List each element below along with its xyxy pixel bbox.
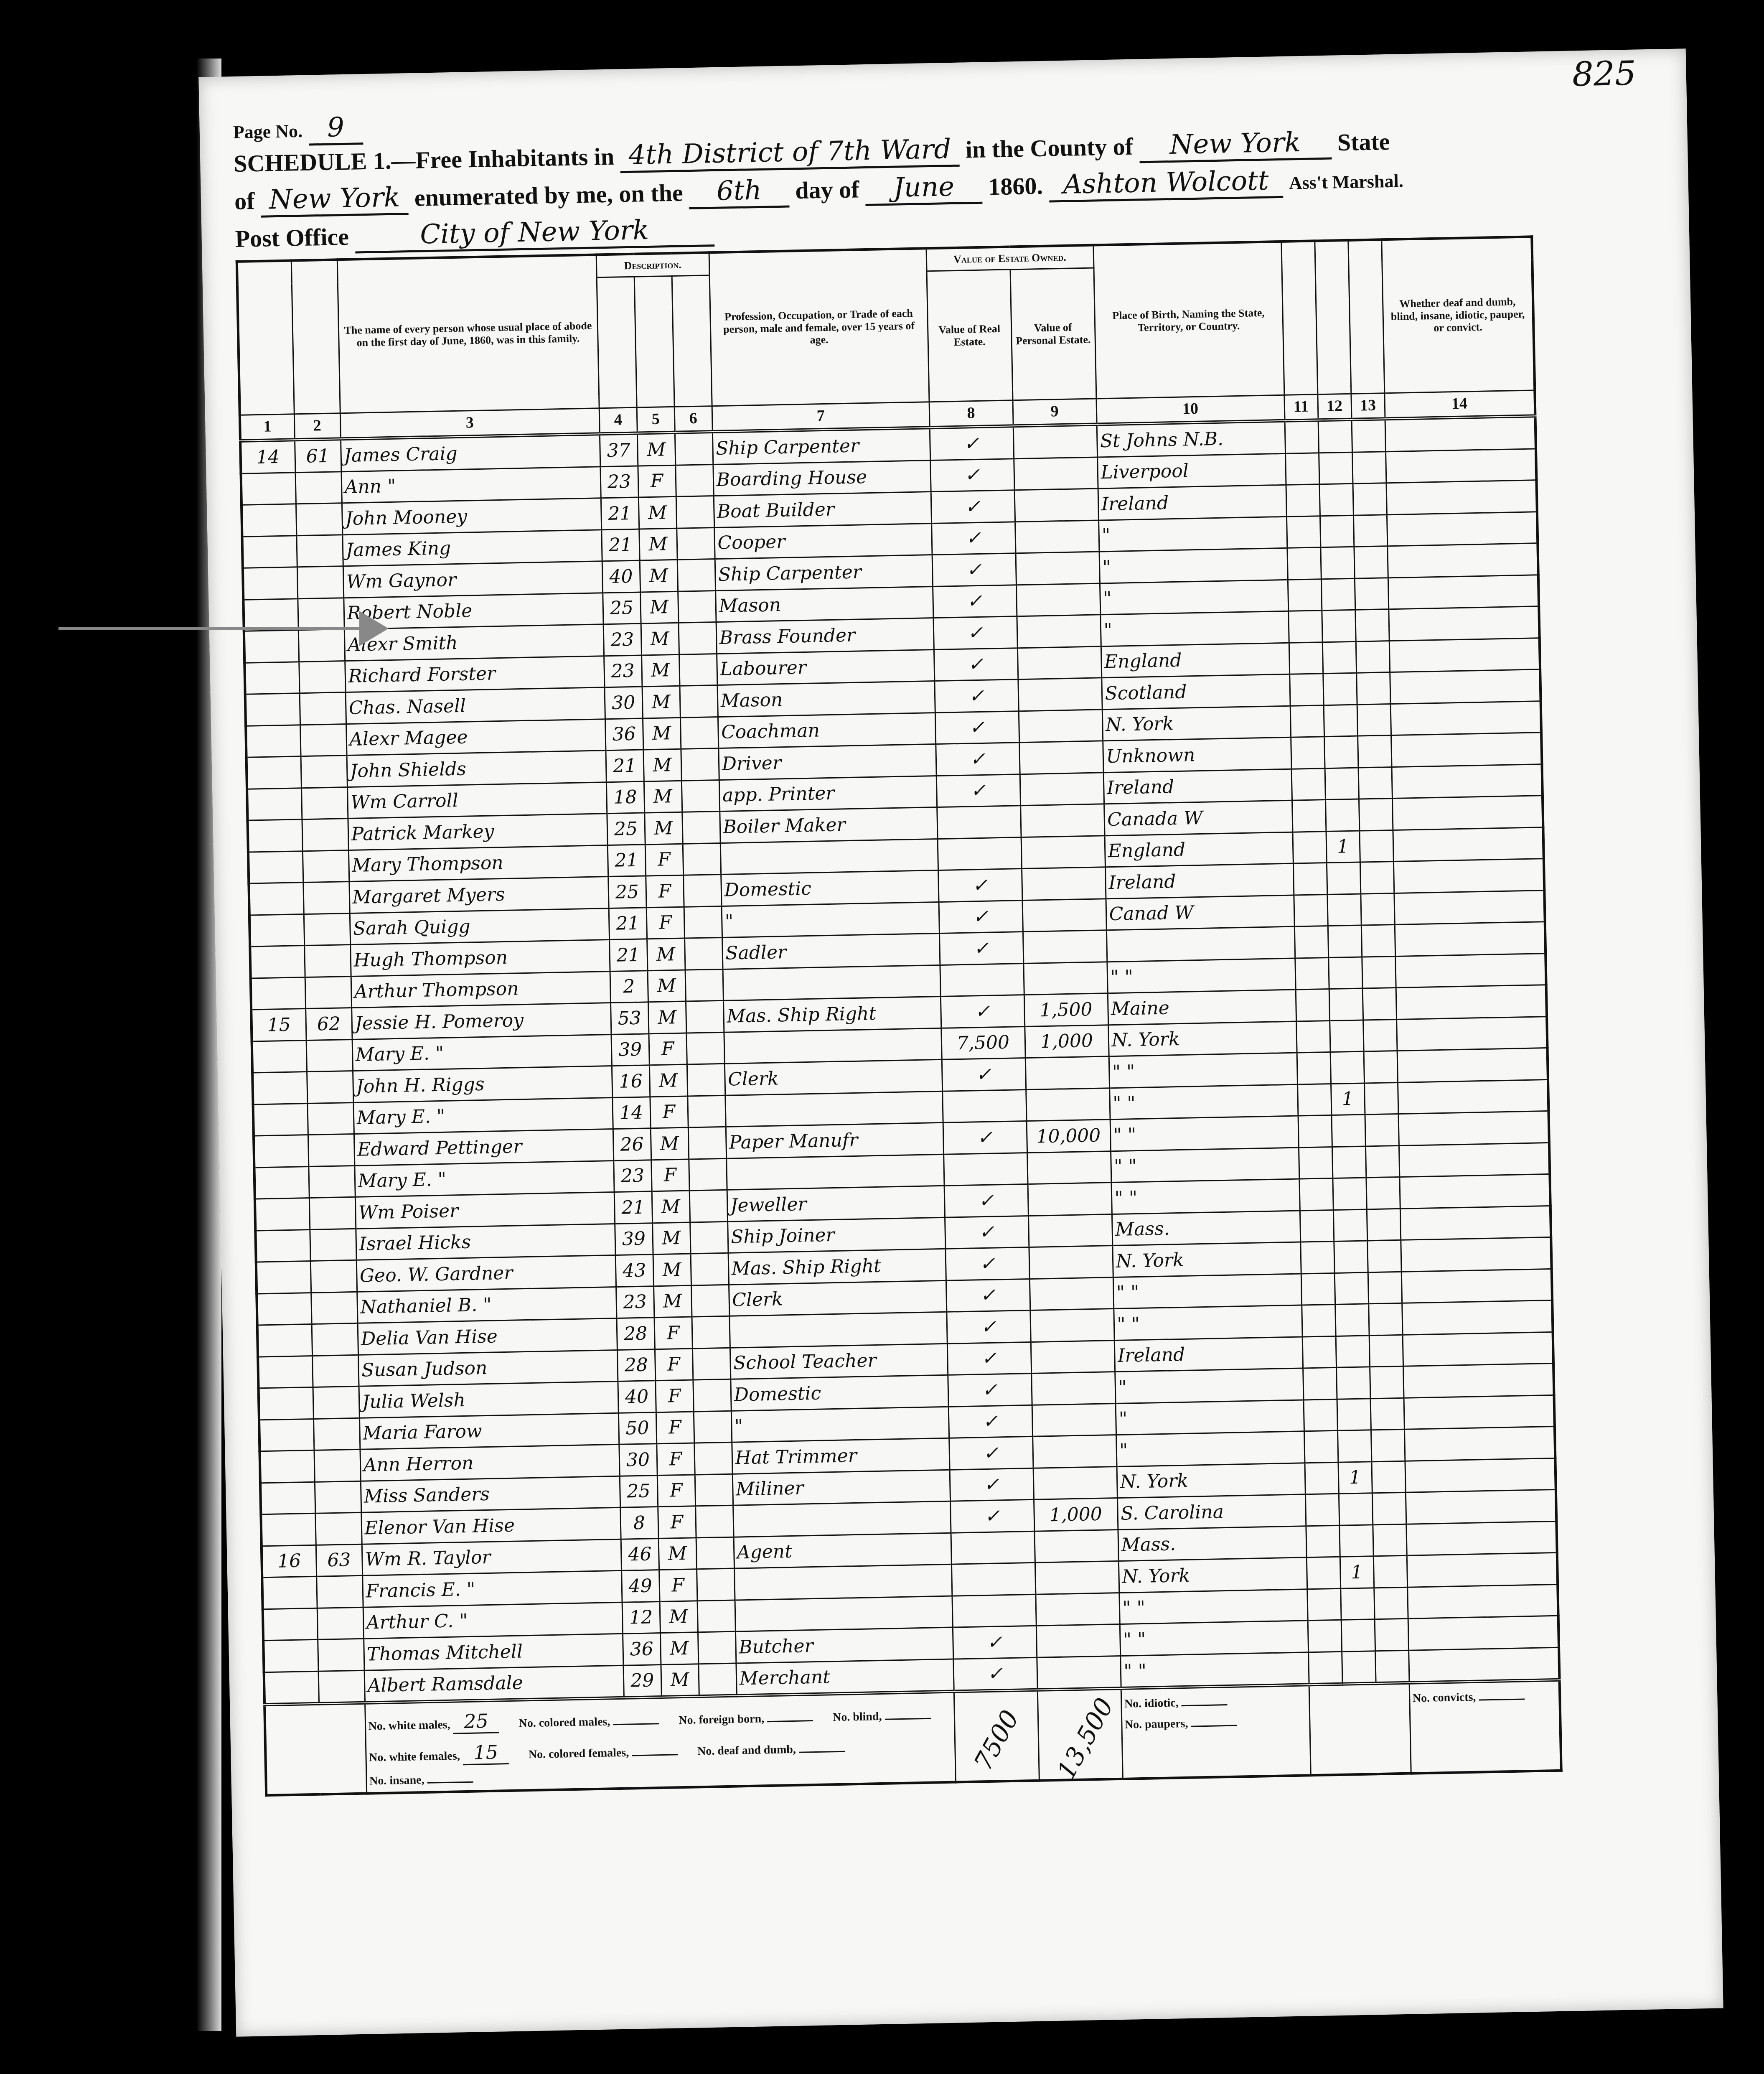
occupation: Boat Builder xyxy=(714,492,931,527)
county-field: New York xyxy=(1139,127,1332,163)
family-number: 63 xyxy=(316,1544,362,1577)
sex: M xyxy=(652,1191,690,1223)
convicts-label: No. convicts, xyxy=(1413,1691,1476,1705)
attended-school xyxy=(1320,515,1354,547)
personal-estate-value xyxy=(1031,1340,1115,1373)
age: 21 xyxy=(614,1191,652,1224)
col-sex-header: Sex. xyxy=(634,276,674,407)
personal-estate-value xyxy=(1022,898,1106,931)
person-name: Elenor Van Hise xyxy=(361,1507,620,1544)
personal-estate-value xyxy=(1023,930,1107,963)
occupation xyxy=(733,1501,951,1537)
age: 40 xyxy=(618,1381,656,1413)
person-name: Margaret Myers xyxy=(349,877,608,913)
real-estate-value: ✓ xyxy=(936,774,1020,807)
color xyxy=(679,654,717,686)
real-estate-value xyxy=(942,1089,1026,1122)
attended-school xyxy=(1328,925,1362,957)
married-within-year xyxy=(1297,1084,1331,1116)
real-estate-value: 7,500 xyxy=(941,1026,1025,1059)
age: 21 xyxy=(609,939,647,971)
disability xyxy=(1401,1269,1552,1303)
real-estate-value: ✓ xyxy=(931,522,1015,555)
person-name: James Craig xyxy=(341,434,600,471)
dwelling-number xyxy=(247,756,301,789)
married-within-year xyxy=(1294,894,1327,926)
attended-school xyxy=(1325,768,1359,800)
sex: F xyxy=(650,1096,688,1128)
real-estate-value: ✓ xyxy=(953,1657,1037,1692)
family-number xyxy=(309,1197,356,1229)
family-number xyxy=(298,629,345,662)
real-estate-value: ✓ xyxy=(940,995,1024,1028)
family-number xyxy=(317,1607,363,1640)
married-within-year xyxy=(1298,1115,1332,1148)
married-within-year xyxy=(1300,1210,1334,1242)
place-of-birth: Mass. xyxy=(1118,1526,1306,1561)
dwelling-number xyxy=(257,1293,311,1325)
occupation: Hat Trimmer xyxy=(732,1438,949,1473)
age: 26 xyxy=(613,1128,651,1160)
color xyxy=(678,590,716,623)
sex: M xyxy=(640,560,678,592)
sex: M xyxy=(660,1632,698,1664)
person-name: Sarah Quigg xyxy=(350,908,609,944)
family-number xyxy=(301,787,348,819)
sex: F xyxy=(656,1443,694,1475)
personal-estate-value xyxy=(1019,709,1103,742)
color xyxy=(679,622,717,654)
real-estate-value: ✓ xyxy=(933,585,1017,618)
dwelling-number xyxy=(262,1576,317,1609)
dwelling-number xyxy=(249,914,304,947)
place-of-birth: " xyxy=(1116,1431,1304,1466)
place-of-birth: " " xyxy=(1111,1148,1299,1183)
col-number: 7 xyxy=(712,402,930,432)
person-name: Wm Poiser xyxy=(355,1192,615,1229)
cannot-read-write xyxy=(1357,704,1391,736)
age: 40 xyxy=(602,560,640,593)
color xyxy=(698,1631,736,1664)
disability xyxy=(1388,575,1539,609)
dwelling-number xyxy=(259,1419,314,1451)
married-within-year xyxy=(1302,1336,1336,1368)
married-within-year xyxy=(1288,611,1322,643)
color xyxy=(677,559,715,591)
occupation xyxy=(723,965,940,1000)
cannot-read-write xyxy=(1365,1145,1399,1178)
color xyxy=(698,1663,736,1697)
white-females-label: No. white females, xyxy=(369,1749,460,1764)
dwelling-number xyxy=(263,1608,318,1641)
color xyxy=(691,1316,729,1348)
family-number xyxy=(297,598,344,630)
disability xyxy=(1400,1206,1551,1240)
of-label: of xyxy=(234,187,255,215)
family-number xyxy=(315,1481,361,1514)
place-of-birth: Ireland xyxy=(1114,1336,1303,1372)
age: 23 xyxy=(600,466,638,498)
place-of-birth: N. York xyxy=(1117,1463,1305,1498)
personal-estate-value: 1,000 xyxy=(1034,1498,1118,1531)
sex: M xyxy=(660,1601,698,1633)
color xyxy=(696,1537,734,1569)
dwelling-number xyxy=(259,1387,313,1420)
sex: M xyxy=(649,1064,687,1097)
disability xyxy=(1393,827,1543,861)
col-number: 12 xyxy=(1317,394,1351,420)
place-of-birth: " " xyxy=(1110,1116,1299,1151)
district-field: 4th District of 7th Ward xyxy=(620,134,960,173)
occupation xyxy=(726,1154,944,1190)
sex: M xyxy=(658,1537,696,1570)
person-name: Mary E. " xyxy=(353,1097,613,1134)
dwelling-number xyxy=(241,472,296,505)
occupation: Clerk xyxy=(729,1280,946,1316)
color xyxy=(675,464,713,496)
summary-blank xyxy=(264,1703,366,1796)
person-name: John Shields xyxy=(347,751,606,787)
summary-blank-right xyxy=(1309,1683,1411,1776)
dwelling-number xyxy=(247,788,302,820)
occupation xyxy=(735,1596,953,1631)
real-estate-value: ✓ xyxy=(935,743,1019,776)
disability xyxy=(1404,1395,1555,1429)
married-within-year xyxy=(1299,1147,1332,1179)
color xyxy=(688,1127,726,1159)
color xyxy=(691,1253,729,1285)
person-name: Alexr Magee xyxy=(346,719,605,755)
place-of-birth: England xyxy=(1105,832,1293,867)
convicts-value xyxy=(1479,1698,1525,1700)
disability xyxy=(1404,1426,1555,1461)
attended-school xyxy=(1321,578,1355,611)
age: 2 xyxy=(610,970,648,1003)
cannot-read-write xyxy=(1368,1303,1402,1335)
place-of-birth: " " xyxy=(1111,1179,1300,1214)
family-number xyxy=(300,692,346,725)
disability xyxy=(1395,922,1545,956)
disability xyxy=(1399,1174,1550,1209)
sex: F xyxy=(645,844,683,876)
color xyxy=(686,1032,724,1064)
attended-school xyxy=(1327,894,1361,926)
family-number xyxy=(295,471,342,504)
person-name: Mary Thompson xyxy=(348,845,608,881)
married-within-year xyxy=(1299,1178,1333,1210)
age: 21 xyxy=(609,907,647,939)
sex: F xyxy=(655,1380,693,1412)
family-number xyxy=(296,503,342,536)
personal-estate-value xyxy=(1013,424,1097,458)
attended-school xyxy=(1324,736,1358,768)
place-of-birth xyxy=(1106,926,1295,962)
real-estate-value: ✓ xyxy=(935,711,1019,744)
disability xyxy=(1408,1647,1559,1683)
attended-school xyxy=(1329,1020,1363,1052)
family-number xyxy=(304,913,350,946)
col-number: 4 xyxy=(599,407,637,434)
occupation xyxy=(724,1028,941,1064)
married-within-year xyxy=(1296,989,1329,1021)
place-of-birth: Maine xyxy=(1108,990,1296,1025)
idiotic-label: No. idiotic, xyxy=(1124,1696,1179,1710)
family-number xyxy=(307,1071,353,1103)
sex: M xyxy=(640,591,678,623)
blind-label: No. blind, xyxy=(833,1710,882,1724)
disability xyxy=(1386,480,1537,514)
occupation: Jeweller xyxy=(727,1186,945,1221)
color xyxy=(694,1411,732,1443)
cannot-read-write xyxy=(1362,987,1396,1020)
cannot-read-write xyxy=(1355,609,1389,641)
family-number xyxy=(306,1039,353,1072)
dwelling-number xyxy=(254,1135,308,1168)
occupation: Cooper xyxy=(714,523,932,559)
color xyxy=(687,1064,725,1096)
personal-estate-value xyxy=(1032,1435,1116,1468)
disability xyxy=(1390,669,1540,704)
married-within-year xyxy=(1304,1462,1338,1494)
col-number: 8 xyxy=(929,400,1013,428)
family-number xyxy=(296,534,343,567)
sex: M xyxy=(653,1254,691,1286)
post-office-label: Post Office xyxy=(235,223,349,252)
occupation: Boiler Maker xyxy=(719,807,937,843)
age: 21 xyxy=(601,497,639,529)
family-number xyxy=(303,882,349,914)
attended-school: 1 xyxy=(1331,1083,1365,1115)
personal-estate-value xyxy=(1031,1372,1115,1405)
personal-estate-value xyxy=(1033,1466,1117,1499)
real-estate-value: ✓ xyxy=(950,1499,1034,1532)
cannot-read-write xyxy=(1363,1019,1397,1051)
color xyxy=(690,1221,728,1254)
personal-estate-value xyxy=(1020,772,1104,805)
cannot-read-write xyxy=(1359,799,1393,831)
place-of-birth: S. Carolina xyxy=(1117,1494,1306,1529)
person-name: Maria Farow xyxy=(359,1413,619,1449)
married-within-year xyxy=(1293,863,1327,895)
sex: M xyxy=(643,749,681,781)
person-name: Edward Pettinger xyxy=(354,1129,613,1166)
married-within-year xyxy=(1286,516,1320,548)
place-of-birth: Mass. xyxy=(1112,1211,1300,1246)
dwelling-number xyxy=(263,1639,318,1672)
place-of-birth: " xyxy=(1099,548,1288,583)
dwelling-number xyxy=(249,883,303,915)
sex: M xyxy=(644,812,682,844)
person-name: Patrick Markey xyxy=(348,814,607,850)
personal-estate-value xyxy=(1014,457,1098,490)
cannot-read-write xyxy=(1374,1587,1408,1619)
married-within-year xyxy=(1301,1273,1335,1305)
marshal-label: Ass't Marshal. xyxy=(1289,171,1403,193)
personal-estate-value xyxy=(1036,1624,1120,1657)
disability xyxy=(1405,1458,1556,1492)
personal-estate-total: 13,500 xyxy=(1037,1688,1123,1781)
sex: F xyxy=(656,1411,694,1443)
col-married-header: Married within the year. xyxy=(1281,241,1317,395)
disability xyxy=(1397,1048,1548,1082)
age: 16 xyxy=(612,1065,650,1097)
col-number: 9 xyxy=(1013,399,1097,426)
occupation: " xyxy=(722,902,939,937)
disability xyxy=(1385,448,1536,483)
age: 21 xyxy=(601,529,639,561)
age: 46 xyxy=(621,1538,659,1570)
enumerated-label: enumerated by me, on the xyxy=(414,179,683,211)
family-number xyxy=(310,1229,356,1261)
attended-school xyxy=(1327,862,1360,894)
pointer-arrow-icon xyxy=(58,627,363,630)
attended-school xyxy=(1322,610,1355,642)
real-estate-value: ✓ xyxy=(938,869,1022,902)
real-estate-value: ✓ xyxy=(946,1310,1030,1343)
insane-label: No. insane, xyxy=(369,1774,424,1788)
white-males-value: 25 xyxy=(453,1710,499,1734)
age: 18 xyxy=(606,781,644,813)
post-office-field: City of New York xyxy=(355,214,714,253)
disability xyxy=(1401,1237,1551,1271)
col-number: 14 xyxy=(1384,390,1535,419)
dwelling-number xyxy=(250,946,305,978)
family-number xyxy=(305,976,351,1009)
person-name: Nathaniel B. " xyxy=(357,1287,616,1323)
dwelling-number: 15 xyxy=(251,1009,306,1041)
attended-school xyxy=(1334,1241,1367,1273)
personal-estate-value xyxy=(1017,646,1101,679)
dwelling-number xyxy=(245,693,300,726)
married-within-year xyxy=(1305,1494,1339,1526)
real-estate-value: ✓ xyxy=(943,1121,1027,1154)
personal-estate-value xyxy=(1021,835,1105,868)
occupation: Mas. Ship Right xyxy=(723,996,941,1032)
personal-estate-value xyxy=(1014,489,1098,522)
sex: F xyxy=(646,907,684,939)
county-label: in the County of xyxy=(965,133,1133,163)
real-estate-value: ✓ xyxy=(939,900,1023,933)
real-estate-value xyxy=(938,837,1022,870)
occupation xyxy=(734,1564,952,1600)
attended-school xyxy=(1337,1430,1371,1462)
place-of-birth: " xyxy=(1115,1368,1303,1403)
family-number xyxy=(312,1355,358,1387)
married-within-year xyxy=(1292,800,1326,832)
real-estate-value: ✓ xyxy=(934,679,1018,713)
person-name: Arthur Thompson xyxy=(351,971,610,1008)
header-line-4: Post Office City of New York xyxy=(235,214,714,256)
cannot-read-write xyxy=(1371,1461,1405,1493)
real-estate-value: ✓ xyxy=(932,553,1016,586)
married-within-year xyxy=(1301,1304,1335,1336)
family-number: 62 xyxy=(305,1008,352,1040)
cannot-read-write xyxy=(1352,419,1385,452)
family-number xyxy=(308,1134,354,1166)
place-of-birth: Canada W xyxy=(1104,800,1292,835)
day-of-label: day of xyxy=(795,176,859,204)
census-table: Dwelling-houses—numbered in the order of… xyxy=(236,235,1563,1797)
disability xyxy=(1391,733,1542,767)
state-field: New York xyxy=(260,182,409,218)
person-name: Jessie H. Pomeroy xyxy=(351,1003,611,1039)
place-of-birth: " " xyxy=(1113,1305,1302,1340)
occupation: Sadler xyxy=(722,933,940,969)
family-number xyxy=(297,566,343,599)
personal-estate-value xyxy=(1032,1403,1116,1436)
age: 49 xyxy=(621,1570,659,1602)
disability xyxy=(1390,701,1541,735)
color xyxy=(686,1000,724,1033)
attended-school xyxy=(1325,799,1359,831)
family-number xyxy=(313,1418,360,1451)
disability xyxy=(1388,606,1539,641)
page-label: Page No. xyxy=(233,121,302,143)
disability xyxy=(1395,953,1546,987)
cannot-read-write xyxy=(1364,1082,1398,1115)
place-of-birth: Unknown xyxy=(1103,737,1291,772)
col-age-header: Age. xyxy=(597,277,637,408)
family-number xyxy=(302,819,348,851)
married-within-year xyxy=(1306,1525,1340,1557)
colored-males-label: No. colored males, xyxy=(519,1715,610,1730)
attended-school xyxy=(1342,1651,1375,1684)
occupation: School Teacher xyxy=(730,1344,948,1379)
occupation xyxy=(725,1091,943,1127)
real-estate-value xyxy=(940,963,1024,996)
age: 29 xyxy=(623,1664,661,1698)
summary-idiotic-paupers: No. idiotic, No. paupers, xyxy=(1121,1685,1311,1779)
occupation: Domestic xyxy=(721,870,938,906)
disability xyxy=(1398,1111,1549,1145)
blind-value xyxy=(885,1718,931,1720)
person-name: Julia Welsh xyxy=(359,1381,618,1417)
age: 53 xyxy=(610,1002,648,1034)
color xyxy=(684,937,722,970)
dwelling-number xyxy=(254,1166,309,1199)
attended-school xyxy=(1334,1272,1368,1304)
family-number xyxy=(313,1386,359,1419)
occupation: Boarding House xyxy=(713,460,930,496)
occupation: Domestic xyxy=(730,1375,948,1410)
real-estate-value: ✓ xyxy=(944,1184,1028,1217)
col-school-header: Attended School within the year. xyxy=(1314,240,1351,394)
color xyxy=(684,906,722,938)
folio-number: 825 xyxy=(1572,54,1636,94)
sex: M xyxy=(644,781,682,813)
person-name: Wm Carroll xyxy=(347,782,607,818)
sex: M xyxy=(648,1001,686,1033)
sex: F xyxy=(648,1033,686,1065)
attended-school xyxy=(1320,547,1354,579)
family-number xyxy=(318,1639,364,1671)
age: 28 xyxy=(617,1318,655,1350)
person-name: Mary E. " xyxy=(354,1160,614,1197)
family-number: 61 xyxy=(295,439,341,472)
person-name: Miss Sanders xyxy=(361,1476,620,1512)
personal-estate-value xyxy=(1025,1056,1109,1089)
attended-school xyxy=(1332,1178,1366,1210)
cannot-read-write xyxy=(1359,830,1393,862)
col-occupation-header: Profession, Occupation, or Trade of each… xyxy=(709,248,929,406)
real-estate-value: ✓ xyxy=(948,1373,1032,1406)
person-name: Ann " xyxy=(341,466,600,503)
married-within-year xyxy=(1300,1241,1334,1273)
white-males-label: No. white males, xyxy=(368,1718,450,1733)
cannot-read-write xyxy=(1355,578,1388,610)
real-estate-value: ✓ xyxy=(949,1436,1033,1469)
cannot-read-write xyxy=(1373,1524,1406,1556)
